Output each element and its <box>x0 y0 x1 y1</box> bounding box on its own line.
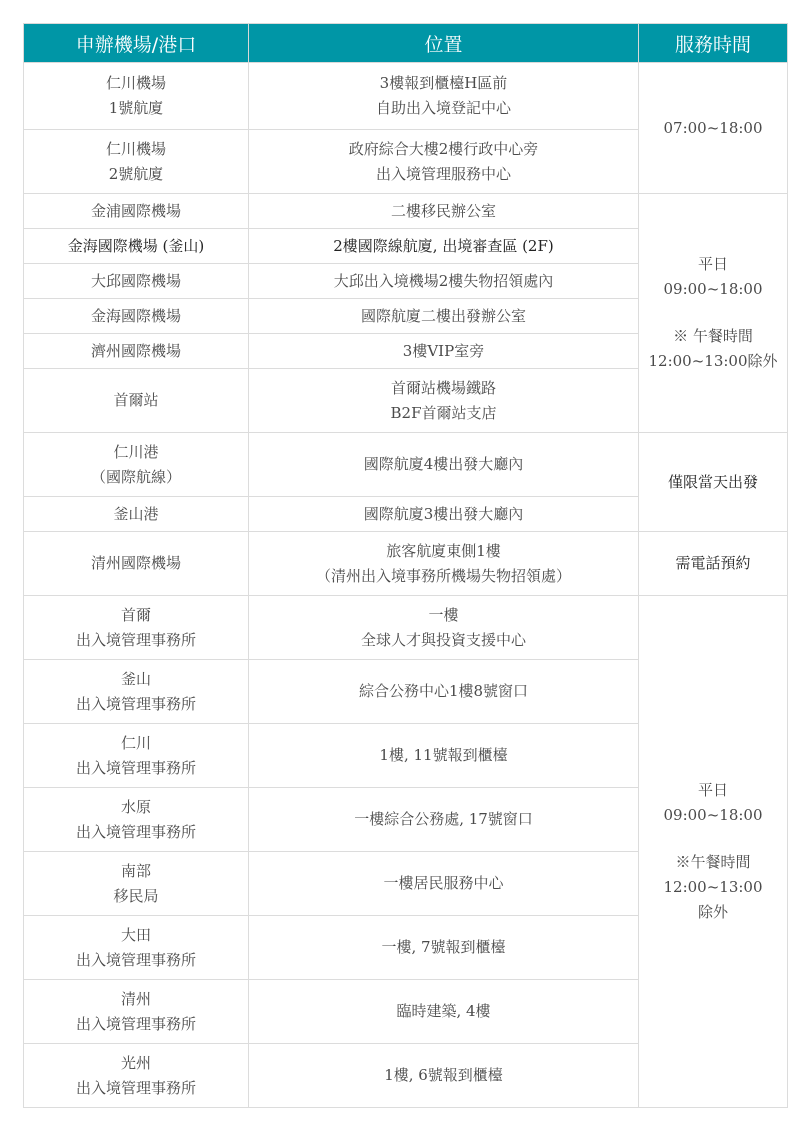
hours-cell: 僅限當天出發 <box>639 433 788 532</box>
place-name: 濟州國際機場 <box>28 339 244 364</box>
location-cell: 國際航廈4樓出發大廳內 <box>249 433 639 497</box>
location-cell: 二樓移民辦公室 <box>249 194 639 229</box>
place-name: 水原 <box>28 795 244 820</box>
place-cell: 大邱國際機場 <box>24 264 249 299</box>
place-sub: 出入境管理事務所 <box>28 692 244 717</box>
location-cell: 一樓, 7號報到櫃檯 <box>249 916 639 980</box>
table-header-row: 申辦機場/港口 位置 服務時間 <box>24 24 788 63</box>
location-cell: 2樓國際線航廈, 出境審查區 (2F) <box>249 229 639 264</box>
place-name: 金海國際機場 (釜山) <box>28 234 244 259</box>
hours-cell: 07:00~18:00 <box>639 63 788 194</box>
place-cell: 仁川機場 1號航廈 <box>24 63 249 130</box>
place-cell: 金海國際機場 (釜山) <box>24 229 249 264</box>
place-name: 大邱國際機場 <box>28 269 244 294</box>
location-cell: 旅客航廈東側1樓 （清州出入境事務所機場失物招領處） <box>249 532 639 596</box>
location-cell: 3樓報到櫃檯H區前 自助出入境登記中心 <box>249 63 639 130</box>
place-sub: 移民局 <box>28 884 244 909</box>
place-name: 仁川港 <box>28 440 244 465</box>
table-row: 首爾 出入境管理事務所 一樓 全球人才與投資支援中心 平日 09:00~18:0… <box>24 596 788 660</box>
location-line: B2F首爾站支店 <box>253 401 634 426</box>
place-sub: 出入境管理事務所 <box>28 820 244 845</box>
place-cell: 南部 移民局 <box>24 852 249 916</box>
location-line: 綜合公務中心1樓8號窗口 <box>253 679 634 704</box>
location-line: 旅客航廈東側1樓 <box>253 539 634 564</box>
place-cell: 釜山港 <box>24 497 249 532</box>
place-name: 仁川機場 <box>28 71 244 96</box>
location-line: 國際航廈4樓出發大廳內 <box>253 452 634 477</box>
location-line: 2樓國際線航廈, 出境審查區 (2F) <box>253 234 634 259</box>
place-name: 仁川 <box>28 731 244 756</box>
place-cell: 水原 出入境管理事務所 <box>24 788 249 852</box>
place-sub: 出入境管理事務所 <box>28 756 244 781</box>
location-cell: 一樓居民服務中心 <box>249 852 639 916</box>
location-line: 一樓 <box>253 603 634 628</box>
location-line: 自助出入境登記中心 <box>253 96 634 121</box>
place-cell: 金海國際機場 <box>24 299 249 334</box>
hours-cell: 平日 09:00~18:00 ※午餐時間 12:00~13:00 除外 <box>639 596 788 1108</box>
hours-lunch-label: ※午餐時間 <box>643 850 783 875</box>
place-name: 釜山 <box>28 667 244 692</box>
location-line: 國際航廈二樓出發辦公室 <box>253 304 634 329</box>
location-line: 首爾站機場鐵路 <box>253 376 634 401</box>
location-line: 國際航廈3樓出發大廳內 <box>253 502 634 527</box>
table-row: 仁川港 （國際航線） 國際航廈4樓出發大廳內 僅限當天出發 <box>24 433 788 497</box>
location-cell: 一樓綜合公務處, 17號窗口 <box>249 788 639 852</box>
place-sub: 2號航廈 <box>28 162 244 187</box>
location-line: 一樓居民服務中心 <box>253 871 634 896</box>
location-line: 臨時建築, 4樓 <box>253 999 634 1024</box>
location-cell: 一樓 全球人才與投資支援中心 <box>249 596 639 660</box>
location-cell: 臨時建築, 4樓 <box>249 980 639 1044</box>
place-cell: 濟州國際機場 <box>24 334 249 369</box>
place-sub: 出入境管理事務所 <box>28 1012 244 1037</box>
place-cell: 首爾站 <box>24 369 249 433</box>
place-cell: 光州 出入境管理事務所 <box>24 1044 249 1108</box>
header-location: 位置 <box>249 24 639 63</box>
place-name: 首爾 <box>28 603 244 628</box>
location-cell: 政府綜合大樓2樓行政中心旁 出入境管理服務中心 <box>249 130 639 194</box>
location-cell: 1樓, 6號報到櫃檯 <box>249 1044 639 1108</box>
place-name: 金海國際機場 <box>28 304 244 329</box>
hours-lunch-except: 除外 <box>643 900 783 925</box>
hours-weekday: 平日 <box>643 252 783 277</box>
table-row: 清州國際機場 旅客航廈東側1樓 （清州出入境事務所機場失物招領處） 需電話預約 <box>24 532 788 596</box>
place-name: 首爾站 <box>28 388 244 413</box>
place-cell: 金浦國際機場 <box>24 194 249 229</box>
hours-cell: 需電話預約 <box>639 532 788 596</box>
location-cell: 1樓, 11號報到櫃檯 <box>249 724 639 788</box>
place-cell: 清州國際機場 <box>24 532 249 596</box>
location-cell: 大邱出入境機場2樓失物招領處內 <box>249 264 639 299</box>
location-line: 二樓移民辦公室 <box>253 199 634 224</box>
place-name: 仁川機場 <box>28 137 244 162</box>
place-cell: 首爾 出入境管理事務所 <box>24 596 249 660</box>
hours-text: 僅限當天出發 <box>643 470 783 495</box>
hours-range: 09:00~18:00 <box>643 803 783 828</box>
location-line: 3樓報到櫃檯H區前 <box>253 71 634 96</box>
hours-text: 07:00~18:00 <box>643 116 783 141</box>
location-line: （清州出入境事務所機場失物招領處） <box>253 564 634 589</box>
table-row: 金浦國際機場 二樓移民辦公室 平日 09:00~18:00 ※ 午餐時間 12:… <box>24 194 788 229</box>
place-name: 大田 <box>28 923 244 948</box>
hours-lunch-label: ※ 午餐時間 <box>643 324 783 349</box>
location-line: 政府綜合大樓2樓行政中心旁 <box>253 137 634 162</box>
location-cell: 3樓VIP室旁 <box>249 334 639 369</box>
place-name: 南部 <box>28 859 244 884</box>
location-line: 出入境管理服務中心 <box>253 162 634 187</box>
location-cell: 國際航廈3樓出發大廳內 <box>249 497 639 532</box>
location-cell: 首爾站機場鐵路 B2F首爾站支店 <box>249 369 639 433</box>
hours-lunch-range: 12:00~13:00除外 <box>643 349 783 374</box>
place-name: 光州 <box>28 1051 244 1076</box>
location-line: 一樓綜合公務處, 17號窗口 <box>253 807 634 832</box>
place-sub: 出入境管理事務所 <box>28 628 244 653</box>
location-line: 3樓VIP室旁 <box>253 339 634 364</box>
place-sub: （國際航線） <box>28 465 244 490</box>
place-sub: 出入境管理事務所 <box>28 1076 244 1101</box>
location-line: 全球人才與投資支援中心 <box>253 628 634 653</box>
place-sub: 1號航廈 <box>28 96 244 121</box>
hours-text: 需電話預約 <box>643 551 783 576</box>
hours-range: 09:00~18:00 <box>643 277 783 302</box>
location-cell: 國際航廈二樓出發辦公室 <box>249 299 639 334</box>
place-name: 清州 <box>28 987 244 1012</box>
location-line: 1樓, 11號報到櫃檯 <box>253 743 634 768</box>
place-name: 釜山港 <box>28 502 244 527</box>
place-name: 清州國際機場 <box>28 551 244 576</box>
location-line: 1樓, 6號報到櫃檯 <box>253 1063 634 1088</box>
place-sub: 出入境管理事務所 <box>28 948 244 973</box>
table-row: 仁川機場 1號航廈 3樓報到櫃檯H區前 自助出入境登記中心 07:00~18:0… <box>24 63 788 130</box>
place-cell: 清州 出入境管理事務所 <box>24 980 249 1044</box>
location-line: 一樓, 7號報到櫃檯 <box>253 935 634 960</box>
hours-weekday: 平日 <box>643 778 783 803</box>
place-cell: 仁川 出入境管理事務所 <box>24 724 249 788</box>
place-name: 金浦國際機場 <box>28 199 244 224</box>
location-line: 大邱出入境機場2樓失物招領處內 <box>253 269 634 294</box>
header-hours: 服務時間 <box>639 24 788 63</box>
place-cell: 釜山 出入境管理事務所 <box>24 660 249 724</box>
hours-cell: 平日 09:00~18:00 ※ 午餐時間 12:00~13:00除外 <box>639 194 788 433</box>
place-cell: 大田 出入境管理事務所 <box>24 916 249 980</box>
header-place: 申辦機場/港口 <box>24 24 249 63</box>
hours-lunch-range: 12:00~13:00 <box>643 875 783 900</box>
service-locations-table: 申辦機場/港口 位置 服務時間 仁川機場 1號航廈 3樓報到櫃檯H區前 自助出入… <box>23 23 788 1108</box>
location-cell: 綜合公務中心1樓8號窗口 <box>249 660 639 724</box>
place-cell: 仁川機場 2號航廈 <box>24 130 249 194</box>
place-cell: 仁川港 （國際航線） <box>24 433 249 497</box>
